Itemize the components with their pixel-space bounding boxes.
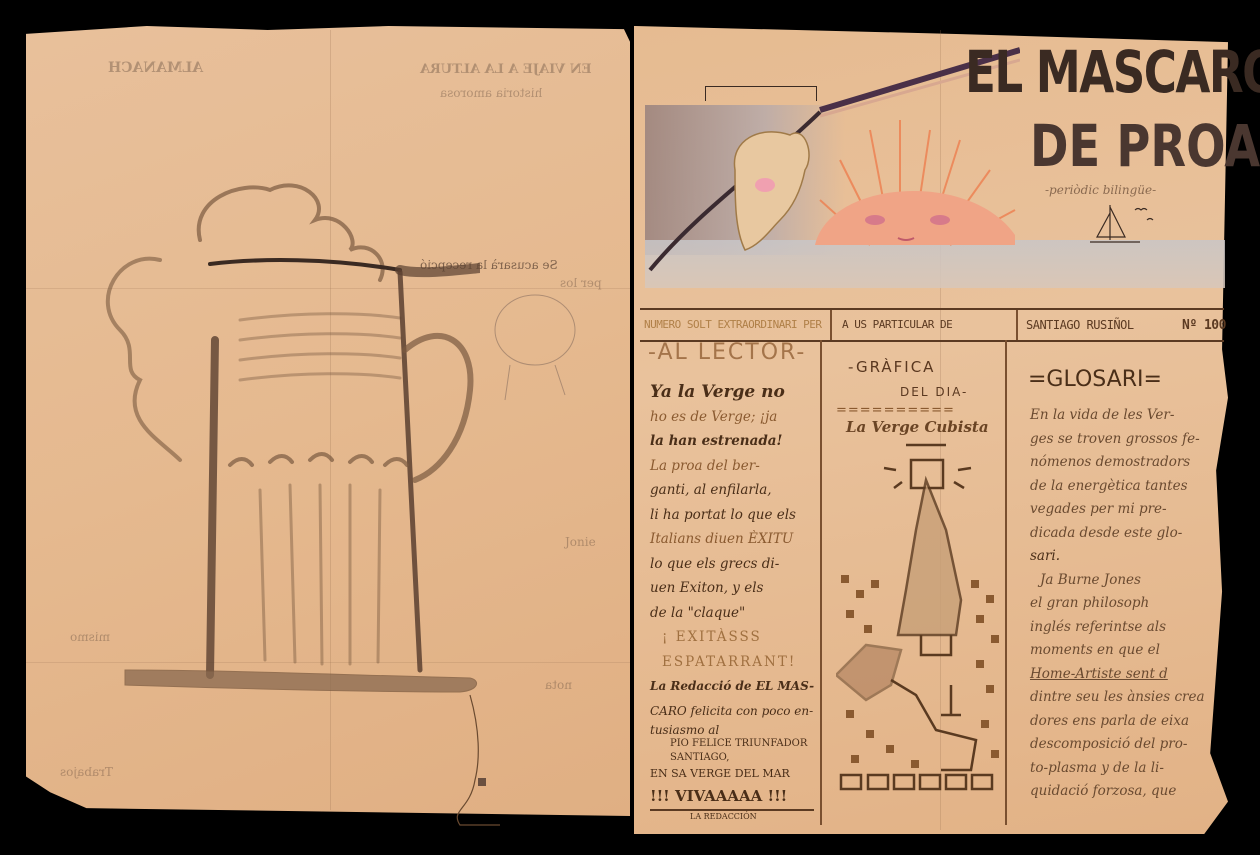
- al-lector-text: Ya la Verge no ho es de Verge; ¡ja la ha…: [650, 380, 814, 823]
- banner-dedicatee: SANTIAGO RUSIÑOL: [1026, 318, 1134, 332]
- divider: ==========: [836, 403, 955, 418]
- masthead-subtitle: -periòdic bilingüe-: [1045, 183, 1156, 197]
- sunset-scene: [640, 30, 1020, 300]
- issue-banner: NUMERO SOLT EXTRAORDINARI PER A US PARTI…: [640, 308, 1224, 342]
- bleed-text: nota: [545, 678, 572, 692]
- column-heading-grafica: -GRÀFICA: [848, 358, 935, 376]
- sketch-head: [485, 285, 585, 405]
- column-divider: [820, 340, 822, 825]
- column-subheading-del-dia: DEL DIA-: [900, 385, 968, 399]
- column-heading-al-lector: -AL LECTOR-: [648, 340, 806, 365]
- sailboat-icon: [1085, 195, 1165, 255]
- banner-left: NUMERO SOLT EXTRAORDINARI PER: [644, 318, 822, 331]
- bleed-text: Jonie: [565, 535, 596, 549]
- sketch-bottle: [440, 690, 510, 830]
- bleed-text: ALMANACH: [108, 60, 203, 76]
- banner-divider: [830, 310, 832, 340]
- glosari-text: En la vida de les Ver- ges se troven gro…: [1030, 404, 1205, 804]
- banner-left-2: A US PARTICULAR DE: [842, 318, 952, 331]
- cubist-virgin-illustration: [836, 440, 1006, 820]
- illustration-caption: La Verge Cubista: [846, 418, 989, 436]
- beer-stein-illustration: [100, 180, 480, 700]
- bleed-text: EN VIAJE A LA ALTURA: [420, 62, 592, 77]
- column-heading-glosari: =GLOSARI=: [1028, 367, 1162, 392]
- masthead-title: EL MASCARO: [965, 38, 1260, 106]
- masthead-title-line2: DE PROA: [1030, 112, 1260, 180]
- issue-number: Nº 100: [1182, 318, 1226, 333]
- bleed-text: historia amorosa: [440, 86, 542, 100]
- banner-divider: [1016, 310, 1018, 340]
- bleed-text: Trabajos: [60, 765, 113, 779]
